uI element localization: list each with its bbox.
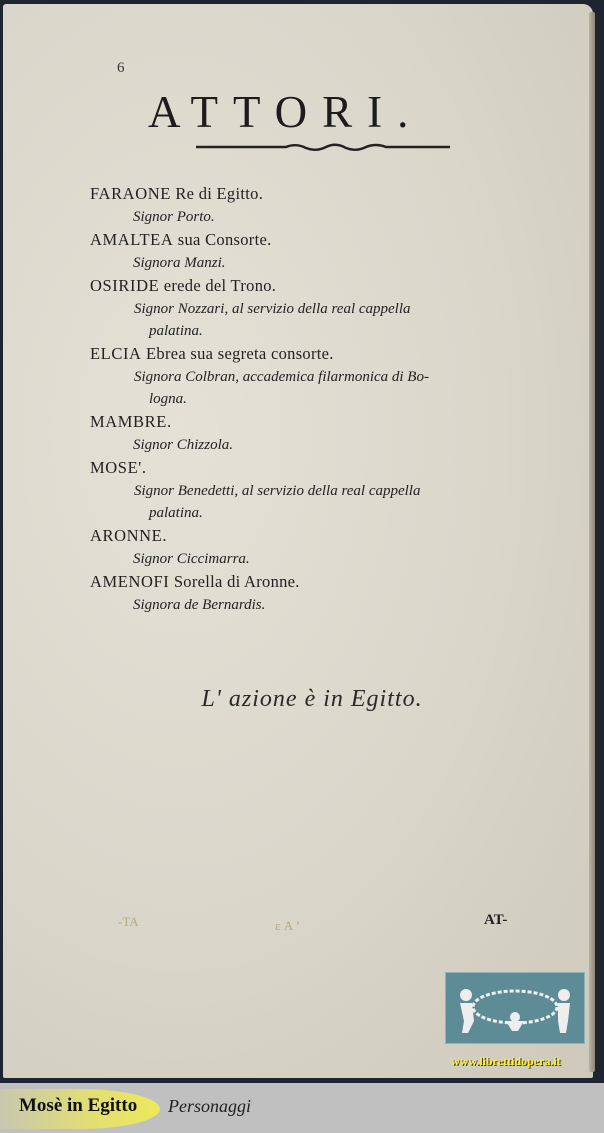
catchword: AT- xyxy=(484,912,507,929)
cast-singer: Signora Colbran, accademica filarmonica … xyxy=(90,366,560,410)
cast-singer: Signor Porto. xyxy=(90,206,560,228)
cherubs-garland-logo-icon[interactable] xyxy=(445,972,585,1044)
ornamental-rule xyxy=(196,142,450,152)
opera-title[interactable]: Mosè in Egitto xyxy=(19,1095,137,1117)
section-label: Personaggi xyxy=(168,1096,251,1117)
cast-role: FARAONE Re di Egitto. xyxy=(90,182,560,206)
cast-role: OSIRIDE erede del Trono. xyxy=(90,274,560,298)
cast-singer: Signor Benedetti, al servizio della real… xyxy=(90,480,560,524)
cast-role: AMENOFI Sorella di Aronne. xyxy=(90,570,560,594)
cast-role: AMALTEA sua Consorte. xyxy=(90,228,560,252)
page-title: ATTORI. xyxy=(148,86,423,138)
page-edge xyxy=(589,12,595,1072)
footer-bar: Mosè in Egitto Personaggi xyxy=(0,1083,604,1133)
cast-role: ARONNE. xyxy=(90,524,560,548)
bleed-through-text: -TA xyxy=(118,914,139,930)
cast-list: FARAONE Re di Egitto. Signor Porto. AMAL… xyxy=(90,182,560,616)
cast-role: MAMBRE. xyxy=(90,410,560,434)
cast-role: MOSE'. xyxy=(90,456,560,480)
cast-singer: Signor Chizzola. xyxy=(90,434,560,456)
cast-singer: Signora Manzi. xyxy=(90,252,560,274)
bleed-through-text: ε A ʼ xyxy=(275,918,300,934)
cast-role: ELCIA Ebrea sua segreta consorte. xyxy=(90,342,560,366)
cast-singer: Signora de Bernardis. xyxy=(90,594,560,616)
page-number: 6 xyxy=(117,60,125,77)
cast-singer: Signor Nozzari, al servizio della real c… xyxy=(90,298,560,342)
cast-singer: Signor Ciccimarra. xyxy=(90,548,560,570)
site-link[interactable]: www.librettidopera.it xyxy=(451,1054,561,1069)
setting-line: L' azione è in Egitto. xyxy=(0,686,604,713)
